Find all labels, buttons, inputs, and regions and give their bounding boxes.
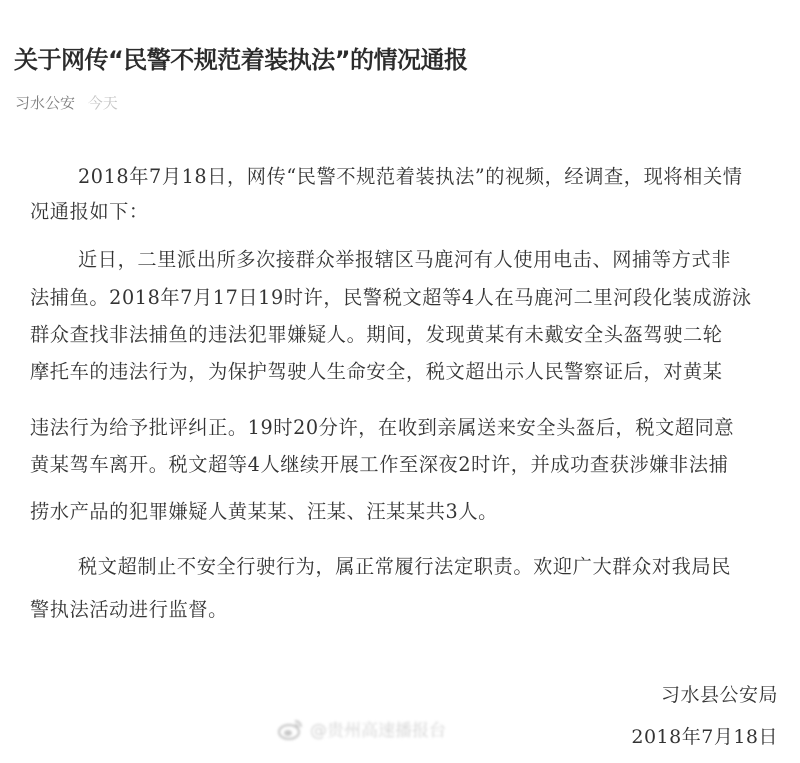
body-line: 摩托车的违法行为，为保护驾驶人生命安全，税文超出示人民警察证后，对黄某 (30, 357, 723, 384)
weibo-icon (278, 718, 304, 740)
body-line: 警执法活动进行监督。 (30, 595, 228, 622)
article-title: 关于网传“民警不规范着装执法”的情况通报 (14, 40, 468, 75)
author-name[interactable]: 习水公安 (15, 94, 75, 112)
article-meta: 习水公安 今天 (15, 92, 118, 113)
body-line: 近日，二里派出所多次接群众举报辖区马鹿河有人使用电击、网捕等方式非 (78, 245, 731, 272)
body-line: 群众查找非法捕鱼的违法犯罪嫌疑人。期间，发现黄某有未戴安全头盔驾驶二轮 (30, 320, 723, 347)
body-line: 黄某驾车离开。税文超等4人继续开展工作至深夜2时许，并成功查获涉嫌非法捕 (30, 450, 728, 477)
body-line: 违法行为给予批评纠正。19时20分许，在收到亲属送来安全头盔后，税文超同意 (30, 413, 734, 440)
signature-date: 2018年7月18日 (631, 722, 778, 749)
signature-organization: 习水县公安局 (661, 680, 778, 707)
body-line: 况通报如下： (30, 197, 149, 224)
watermark-text: @贵州高速播报台 (310, 716, 446, 741)
body-line: 法捕鱼。2018年7月17日19时许，民警税文超等4人在马鹿河二里河段化装成游泳 (30, 283, 752, 310)
body-line: 2018年7月18日，网传“民警不规范着装执法”的视频，经调查，现将相关情 (78, 162, 743, 189)
body-line: 捞水产品的犯罪嫌疑人黄某某、汪某、汪某某共3人。 (30, 497, 498, 524)
watermark: @贵州高速播报台 (278, 716, 446, 741)
publish-time: 今天 (88, 94, 118, 112)
body-line: 税文超制止不安全行驶行为，属正常履行法定职责。欢迎广大群众对我局民 (78, 552, 731, 579)
